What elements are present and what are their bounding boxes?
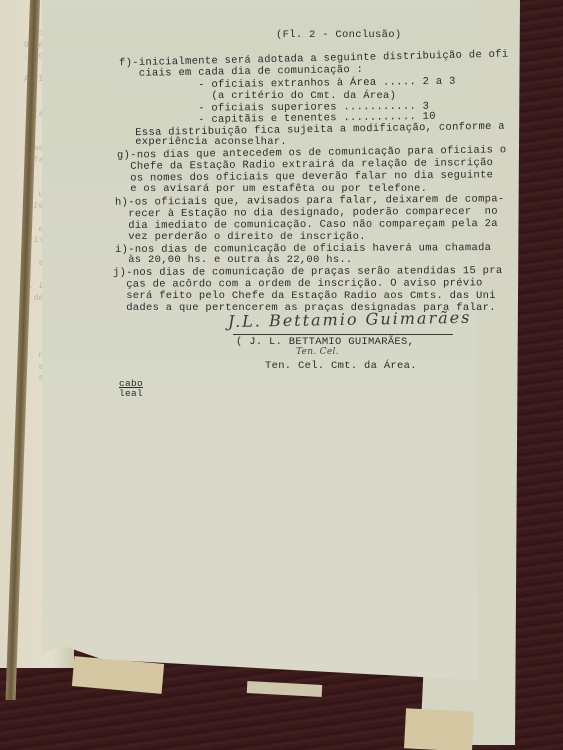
signatory-title: Ten. Cel. Cmt. da Área. xyxy=(265,360,417,372)
signature-underline xyxy=(233,334,453,335)
item-f-line-4: (a critério do Cmt. da Área) xyxy=(119,90,396,102)
item-f-line-8: experiência aconselhar. xyxy=(122,136,287,148)
item-j-line-3: será feito pelo Chefe da Estação Radio a… xyxy=(113,290,496,302)
item-h-line-3: dia imediato de comunicação. Caso não co… xyxy=(115,218,498,232)
item-h-line-4: vez perderão o direito de inscrição. xyxy=(115,231,366,243)
handwritten-rank-note: Ten. Cel. xyxy=(296,347,339,357)
item-g-line-4: e os avisará por um estafêta ou por tele… xyxy=(117,183,427,195)
item-j-line-2: ças de acôrdo com a ordem de inscrição. … xyxy=(113,277,483,290)
item-i-line-2: às 20,00 hs. e outra às 22,00 hs.. xyxy=(115,254,353,266)
typed-document: (Fl. 2 - Conclusão) f)-inicialmente será… xyxy=(0,0,563,750)
page-header: (Fl. 2 - Conclusão) xyxy=(276,29,401,41)
typist-initials-bottom: leal xyxy=(119,388,143,399)
